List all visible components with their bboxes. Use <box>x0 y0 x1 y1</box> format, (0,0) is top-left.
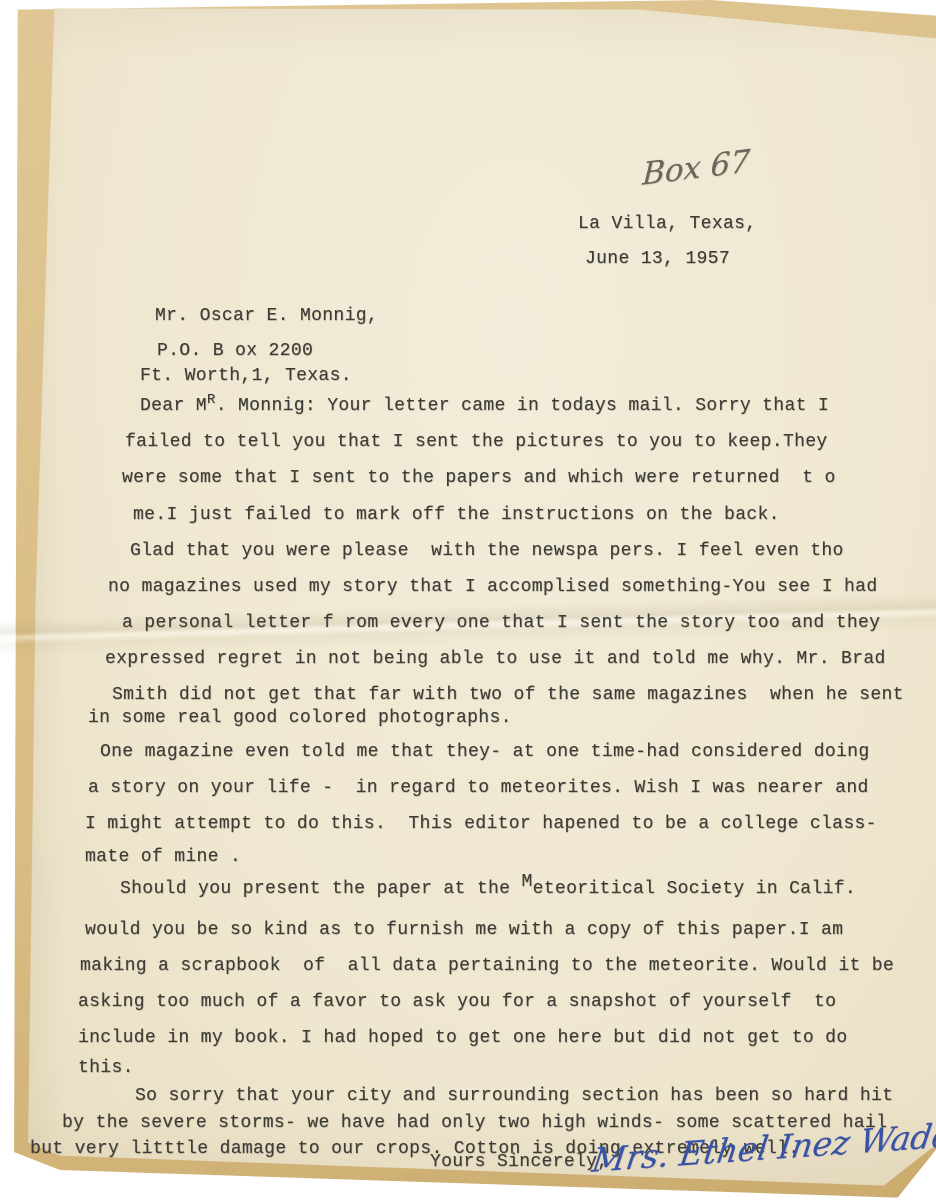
body-line: expressed regret in not being able to us… <box>105 649 886 670</box>
body-line: Smith did not get that far with two of t… <box>112 685 904 706</box>
meteoritical-prefix: Should you present the paper at the <box>120 879 521 899</box>
salutation-prefix: Dear M <box>140 396 207 416</box>
body-line-meteoritical: Should you present the paper at the Mete… <box>120 879 856 900</box>
body-line: a story on your life - in regard to mete… <box>88 778 869 799</box>
meteoritical-raised-m: M <box>521 872 532 892</box>
place-line: La Villa, Texas, <box>578 214 756 235</box>
body-line: me.I just failed to mark off the instruc… <box>133 505 780 526</box>
closing-line: Yours Sincerely, <box>430 1152 608 1173</box>
salutation-rest: . Monnig: Your letter came in todays mai… <box>216 396 829 416</box>
recipient-name: Mr. Oscar E. Monnig, <box>155 306 378 327</box>
body-line: mate of mine . <box>85 847 241 868</box>
body-line: Glad that you were please with the newsp… <box>130 541 844 562</box>
paper-face <box>0 0 936 1200</box>
body-line: would you be so kind as to furnish me wi… <box>85 920 843 941</box>
date-line: June 13, 1957 <box>585 249 730 270</box>
meteoritical-rest: eteoritical Society in Calif. <box>533 879 856 899</box>
salutation-superscript: R <box>207 392 216 408</box>
body-line: in some real good colored photographs. <box>88 708 512 729</box>
body-line: I might attempt to do this. This editor … <box>85 814 877 835</box>
body-line: failed to tell you that I sent the pictu… <box>125 432 828 453</box>
letter-scan: Box 67 La Villa, Texas, June 13, 1957 Mr… <box>0 0 936 1200</box>
salutation-line: Dear MR. Monnig: Your letter came in tod… <box>140 396 829 417</box>
body-line: One magazine even told me that they- at … <box>100 742 869 763</box>
body-line: include in my book. I had hoped to get o… <box>78 1028 847 1049</box>
body-line: a personal letter f rom every one that I… <box>122 613 880 634</box>
body-line: So sorry that your city and surrounding … <box>135 1086 893 1107</box>
recipient-po-box: P.O. B ox 2200 <box>157 341 313 362</box>
body-line: were some that I sent to the papers and … <box>122 468 836 489</box>
body-line: this. <box>78 1058 134 1079</box>
body-line: asking too much of a favor to ask you fo… <box>78 992 836 1013</box>
recipient-city: Ft. Worth,1, Texas. <box>140 366 352 387</box>
body-line: no magazines used my story that I accomp… <box>108 577 877 598</box>
body-line: making a scrapbook of all data pertainin… <box>80 956 894 977</box>
